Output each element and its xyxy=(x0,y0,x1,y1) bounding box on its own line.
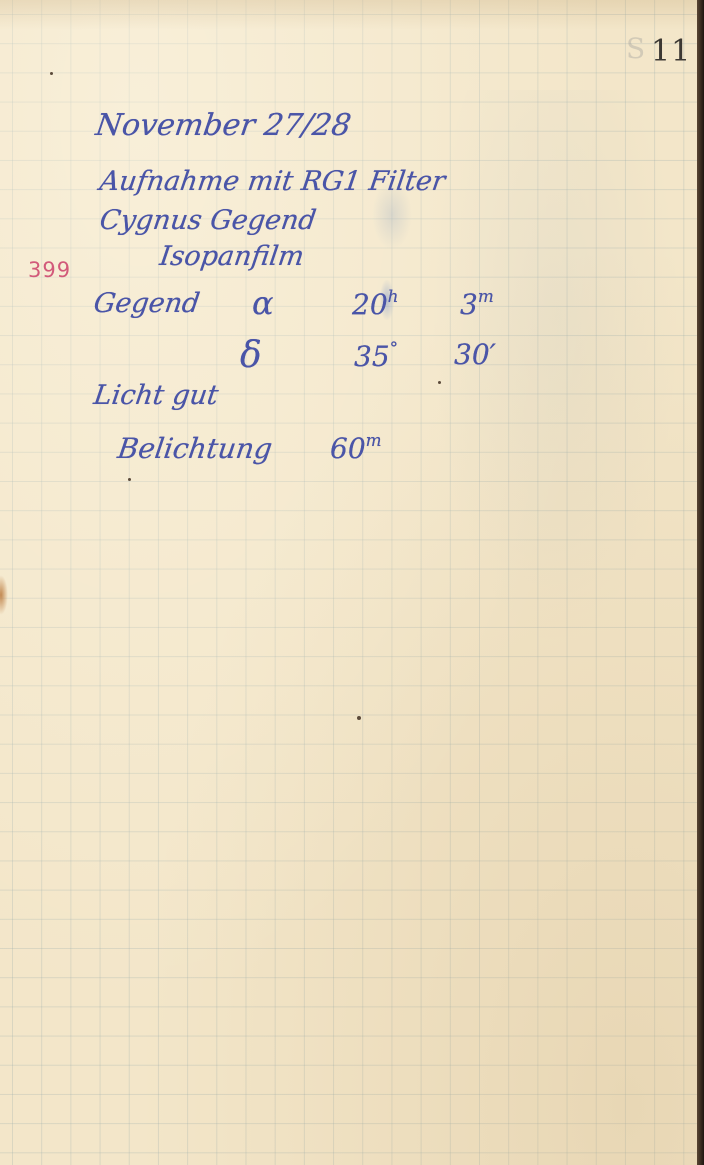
paper-fleck xyxy=(438,381,441,384)
right-ascension-symbol: α xyxy=(252,284,274,322)
note-line-region: Cygnus Gegend xyxy=(98,205,318,236)
page-number: 11 xyxy=(651,34,691,69)
note-line-film: Isopanfilm xyxy=(158,241,306,272)
paper-fleck xyxy=(128,478,131,481)
paper-fleck xyxy=(50,72,53,75)
exposure-duration: 60m xyxy=(330,430,382,465)
entry-date: November 27/28 xyxy=(94,108,354,143)
faint-stamp-mark: S xyxy=(626,32,645,65)
notebook-page: S 11 399 November 27/28 Aufnahme mit RG1… xyxy=(0,0,697,1165)
note-line-conditions: Licht gut xyxy=(92,380,220,411)
top-discoloration xyxy=(0,0,697,30)
right-ascension-minutes: 3m xyxy=(460,286,494,321)
paper-fleck xyxy=(357,716,361,720)
declination-symbol: δ xyxy=(240,335,262,376)
page-edge-shadow xyxy=(697,0,704,1165)
right-ascension-hours: 20h xyxy=(352,286,398,321)
declination-arcminutes: 30′ xyxy=(454,338,496,371)
coordinates-label: Gegend xyxy=(92,288,202,319)
exposure-label: Belichtung xyxy=(116,432,275,465)
red-pencil-annotation: 399 xyxy=(28,258,71,282)
note-line-exposure-filter: Aufnahme mit RG1 Filter xyxy=(98,166,447,197)
declination-degrees: 35° xyxy=(354,338,398,373)
left-edge-stain xyxy=(0,575,8,615)
